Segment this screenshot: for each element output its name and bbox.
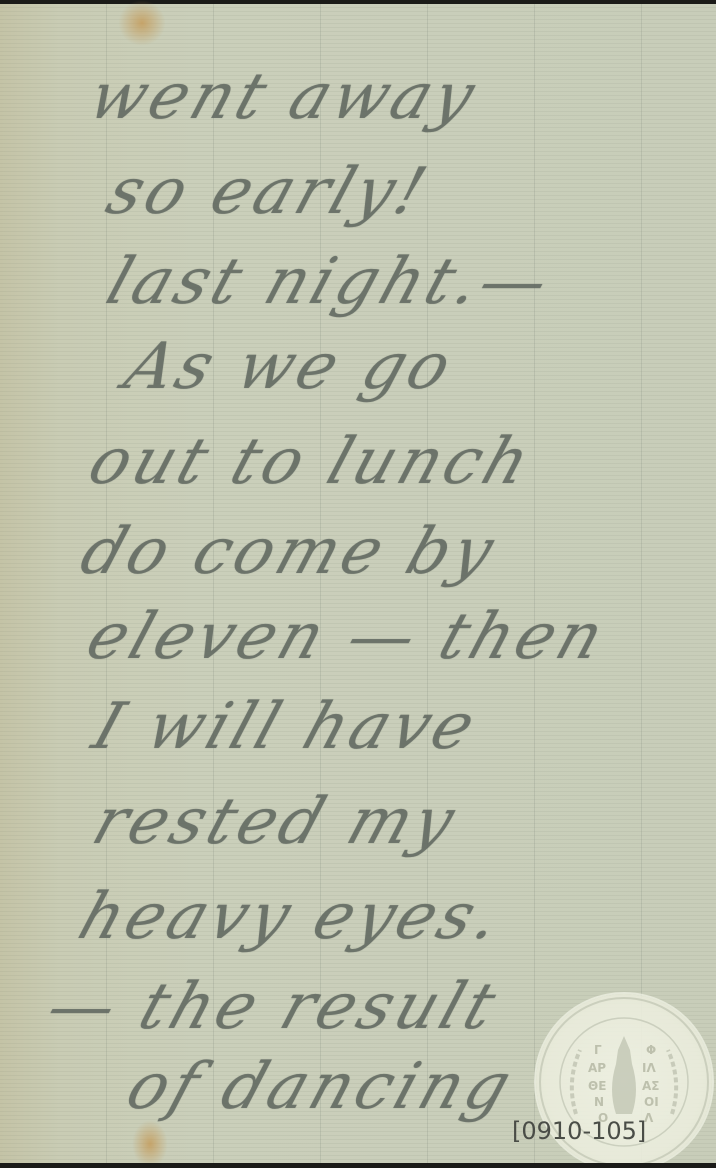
- handwritten-line-3: last night.—: [98, 245, 562, 319]
- archive-number: [0910-105]: [512, 1117, 646, 1145]
- handwritten-line-1: went away: [80, 60, 487, 134]
- handwritten-line-2: so early!: [98, 155, 439, 229]
- handwritten-line-4: As we go: [116, 330, 464, 404]
- svg-text:ΑΣ: ΑΣ: [642, 1079, 659, 1093]
- handwritten-line-5: out to lunch: [80, 425, 542, 499]
- svg-text:Φ: Φ: [646, 1043, 656, 1057]
- stain-top: [118, 0, 166, 46]
- scan-top-edge: [0, 0, 716, 4]
- svg-text:ΟΙ: ΟΙ: [644, 1095, 659, 1109]
- handwritten-line-9: rested my: [84, 785, 467, 859]
- scan-bottom-edge: [0, 1163, 716, 1168]
- handwritten-line-11: — the result: [38, 970, 508, 1044]
- handwritten-line-12: of dancing: [118, 1050, 523, 1124]
- handwritten-line-6: do come by: [72, 515, 506, 589]
- handwritten-line-7: eleven — then: [78, 600, 616, 674]
- svg-text:Ν: Ν: [594, 1095, 604, 1109]
- handwritten-line-10: heavy eyes.: [70, 880, 513, 954]
- stain-bottom: [132, 1120, 168, 1168]
- svg-text:ΙΛ: ΙΛ: [642, 1061, 656, 1075]
- svg-text:ΘΕ: ΘΕ: [588, 1079, 606, 1093]
- letter-page: went away so early! last night.— As we g…: [0, 0, 716, 1168]
- handwritten-line-8: I will have: [84, 690, 488, 764]
- svg-text:Γ: Γ: [594, 1043, 602, 1057]
- svg-text:ΑΡ: ΑΡ: [588, 1061, 606, 1075]
